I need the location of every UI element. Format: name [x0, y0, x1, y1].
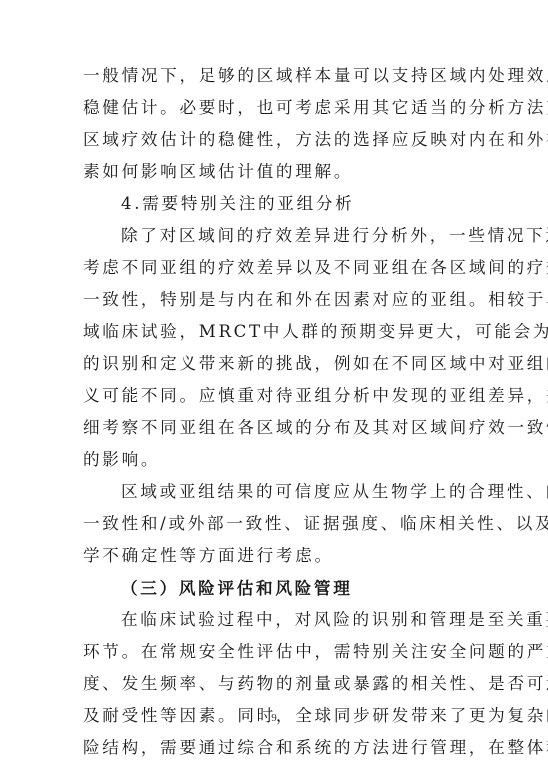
paragraph-line: 区域或亚组结果的可信度应从生物学上的合理性、内部	[83, 476, 473, 508]
paragraph-line: 区域疗效估计的稳健性，方法的选择应反映对内在和外在因	[83, 124, 473, 156]
paragraph-line: 域临床试验，MRCT中人群的预期变异更大，可能会为亚组	[83, 316, 473, 348]
paragraph-line: 一致性，特别是与内在和外在因素对应的亚组。相较于单区	[83, 284, 473, 316]
paragraph-line: 学不确定性等方面进行考虑。	[83, 540, 473, 572]
paragraph-line: 除了对区域间的疗效差异进行分析外，一些情况下还需	[83, 220, 473, 252]
section-heading: （三）风险评估和风险管理	[83, 572, 473, 604]
paragraph-line: 细考察不同亚组在各区域的分布及其对区域间疗效一致性	[83, 412, 473, 444]
paragraph-line: 的识别和定义带来新的挑战，例如在不同区域中对亚组的定	[83, 348, 473, 380]
section-subheading: 4.需要特别关注的亚组分析	[83, 188, 473, 220]
page-number: 9	[0, 712, 548, 724]
paragraph-line: 稳健估计。必要时，也可考虑采用其它适当的分析方法支持	[83, 92, 473, 124]
document-page: 一般情况下，足够的区域样本量可以支持区域内处理效应的 稳健估计。必要时，也可考虑…	[0, 0, 548, 779]
document-body: 一般情况下，足够的区域样本量可以支持区域内处理效应的 稳健估计。必要时，也可考虑…	[83, 60, 473, 764]
paragraph-line: 的影响。	[83, 444, 473, 476]
paragraph-line: 度、发生频率、与药物的剂量或暴露的相关性、是否可逆以	[83, 668, 473, 700]
paragraph-line: 一般情况下，足够的区域样本量可以支持区域内处理效应的	[83, 60, 473, 92]
paragraph-line: 险结构，需要通过综合和系统的方法进行管理，在整体和相	[83, 732, 473, 764]
paragraph-line: 素如何影响区域估计值的理解。	[83, 156, 473, 188]
paragraph-line: 一致性和/或外部一致性、证据强度、临床相关性、以及统计	[83, 508, 473, 540]
paragraph-line: 环节。在常规安全性评估中，需特别关注安全问题的严重程	[83, 636, 473, 668]
paragraph-line: 考虑不同亚组的疗效差异以及不同亚组在各区域间的疗效	[83, 252, 473, 284]
paragraph-line: 在临床试验过程中，对风险的识别和管理是至关重要的	[83, 604, 473, 636]
paragraph-line: 义可能不同。应慎重对待亚组分析中发现的亚组差异，并仔	[83, 380, 473, 412]
